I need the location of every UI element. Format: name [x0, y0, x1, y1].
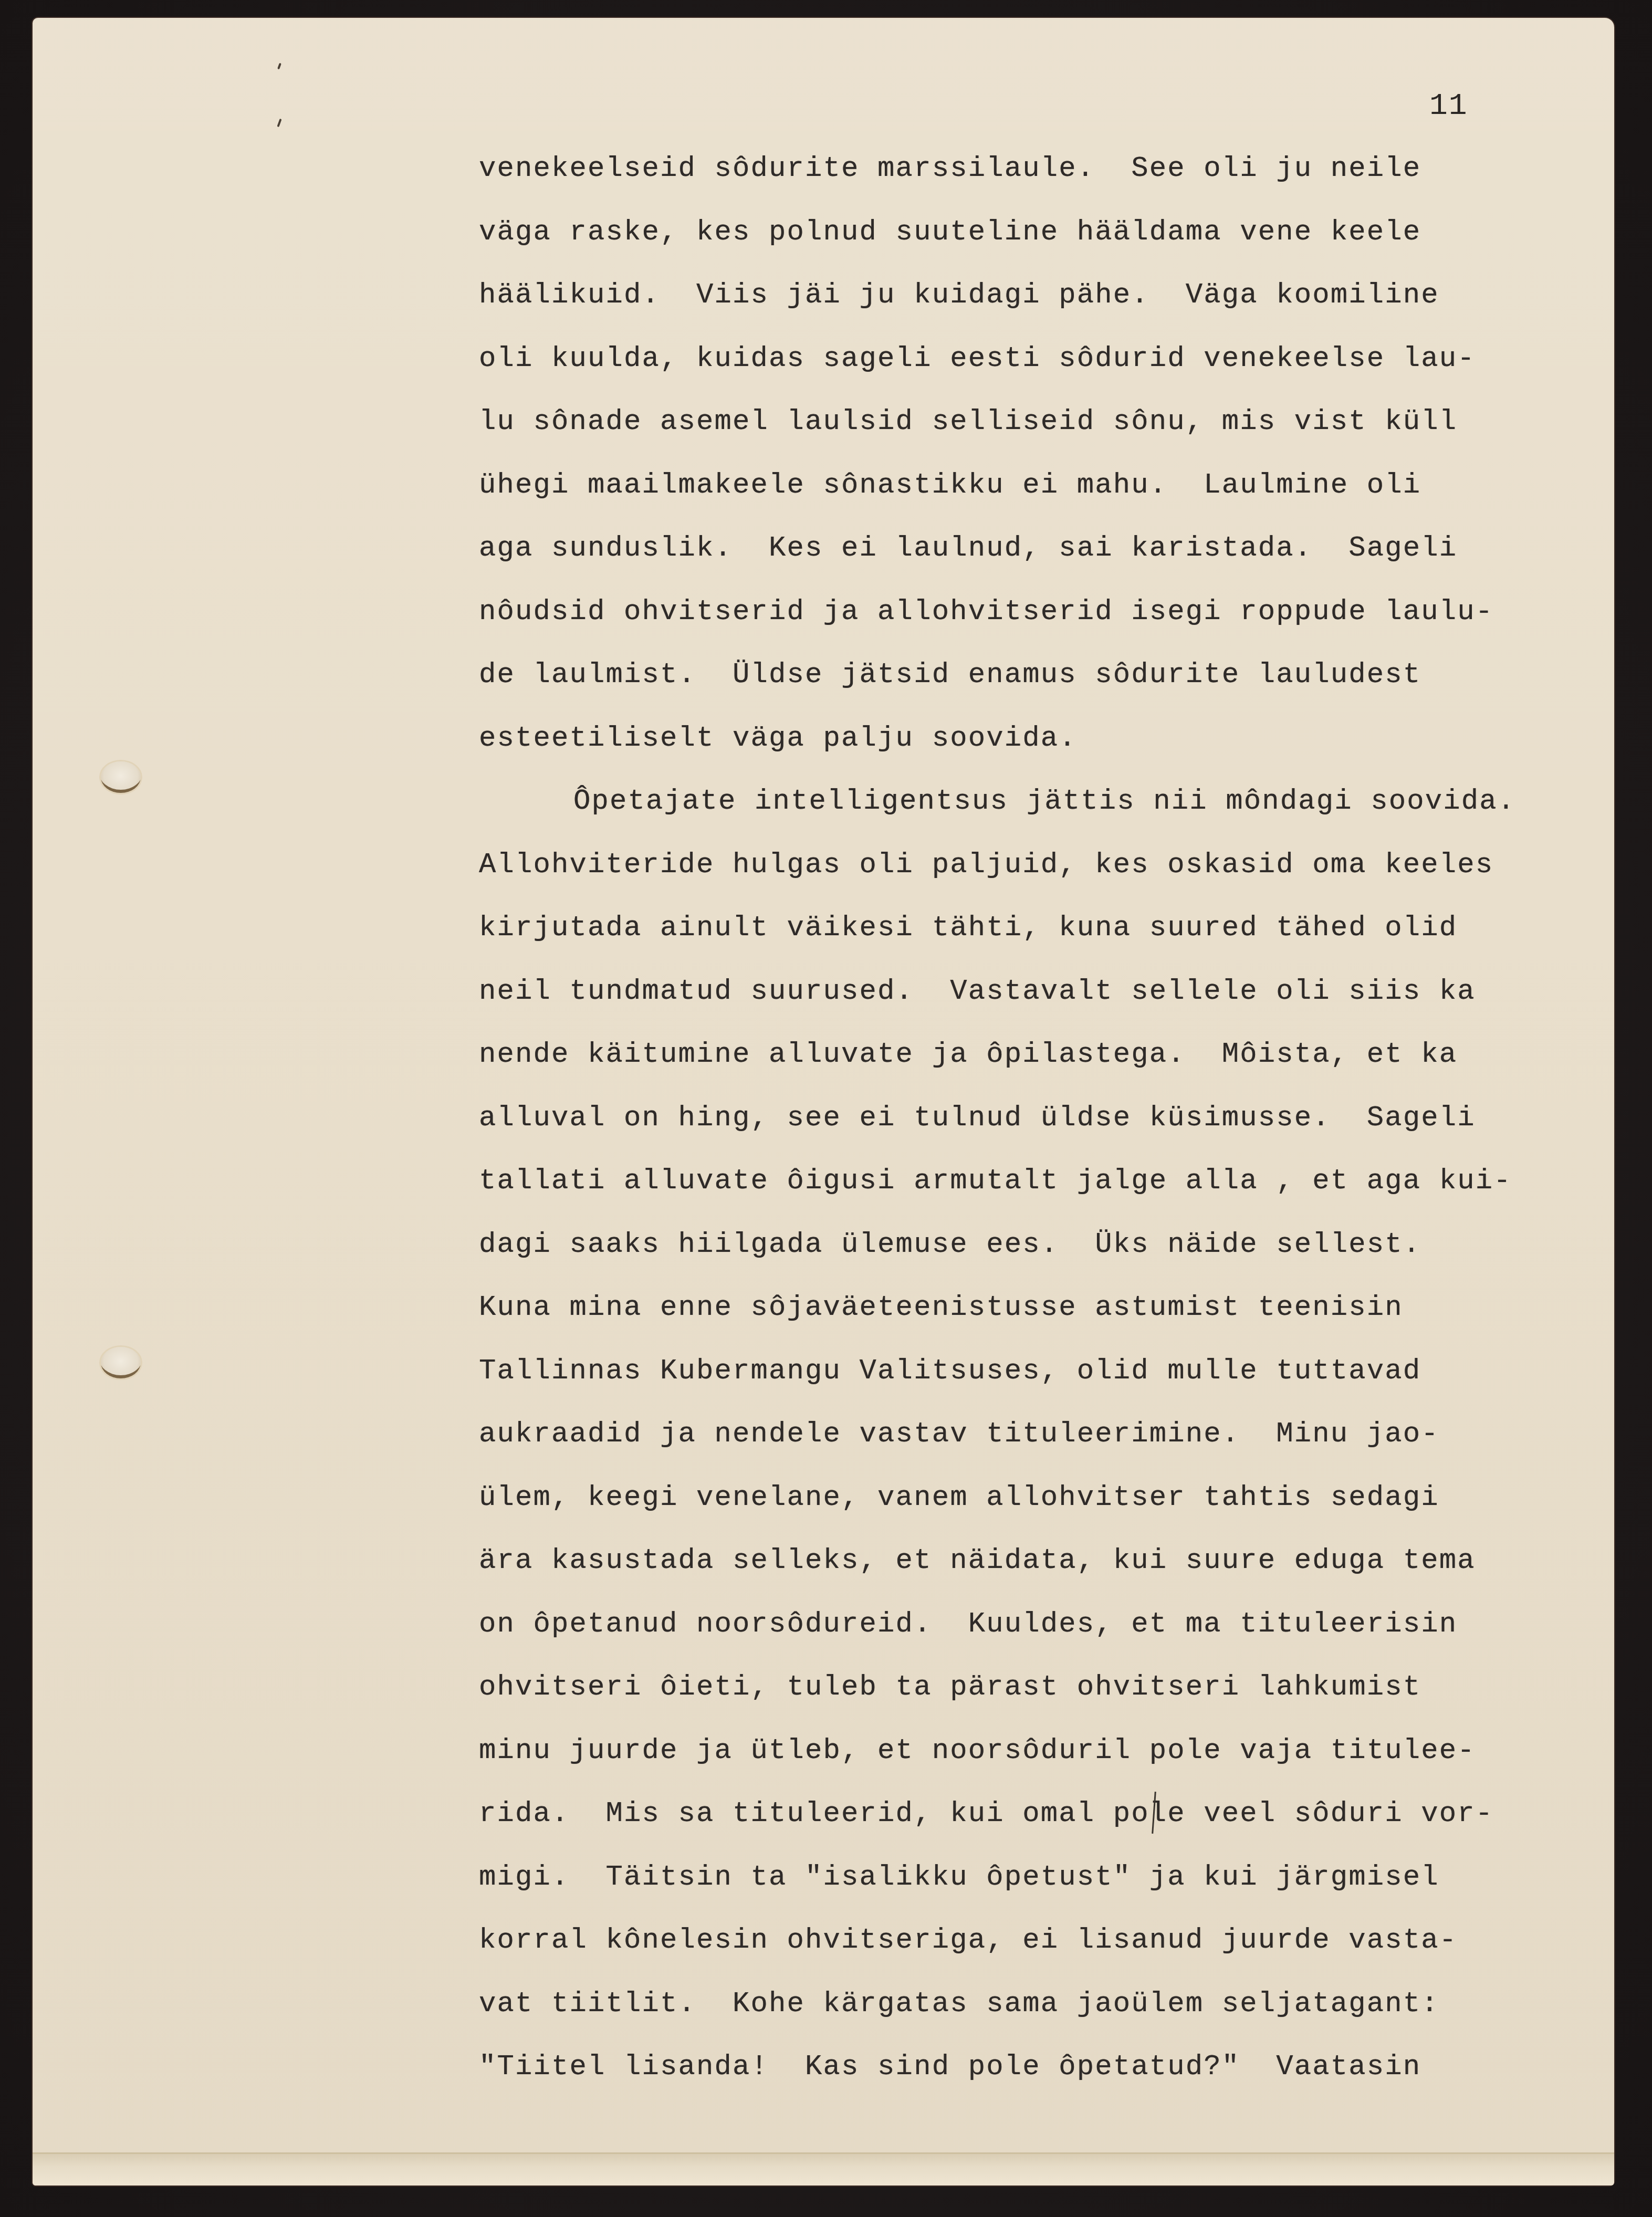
paragraph-start-line: Ôpetajate intelligentsus jättis nii mônd…: [479, 770, 1634, 834]
text-line: ära kasustada selleks, et näidata, kui s…: [479, 1530, 1634, 1593]
text-line: aga sunduslik. Kes ei laulnud, sai karis…: [479, 517, 1634, 581]
text-line: "Tiitel lisanda! Kas sind pole ôpetatud?…: [479, 2036, 1634, 2099]
text-line: venekeelseid sôdurite marssilaule. See o…: [479, 138, 1634, 201]
text-line: de laulmist. Üldse jätsid enamus sôdurit…: [479, 644, 1634, 707]
text-line: väga raske, kes polnud suuteline hääldam…: [479, 201, 1634, 265]
text-line: nôudsid ohvitserid ja allohvitserid iseg…: [479, 581, 1634, 644]
text-line: kirjutada ainult väikesi tähti, kuna suu…: [479, 897, 1634, 960]
text-line: alluval on hing, see ei tulnud üldse küs…: [479, 1087, 1634, 1151]
text-line: korral kônelesin ohvitseriga, ei lisanud…: [479, 1909, 1634, 1973]
text-line: ühegi maailmakeele sônastikku ei mahu. L…: [479, 454, 1634, 518]
text-line: lu sônade asemel laulsid selliseid sônu,…: [479, 391, 1634, 454]
page-number: 11: [1429, 89, 1468, 123]
text-line: esteetiliselt väga palju soovida.: [479, 707, 1634, 771]
text-line: on ôpetanud noorsôdureid. Kuuldes, et ma…: [479, 1593, 1634, 1657]
text-line: minu juurde ja ütleb, et noorsôduril pol…: [479, 1720, 1634, 1783]
text-line: dagi saaks hiilgada ülemuse ees. Üks näi…: [479, 1214, 1634, 1277]
text-line: nende käitumine alluvate ja ôpilastega. …: [479, 1023, 1634, 1087]
text-line: ohvitseri ôieti, tuleb ta pärast ohvitse…: [479, 1656, 1634, 1720]
text-line: rida. Mis sa tituleerid, kui omal pole v…: [479, 1783, 1634, 1846]
text-line: aukraadid ja nendele vastav tituleerimin…: [479, 1403, 1634, 1467]
text-line: ülem, keegi venelane, vanem allohvitser …: [479, 1467, 1634, 1530]
text-line: Kuna mina enne sôjaväeteenistusse astumi…: [479, 1277, 1634, 1340]
text-line: migi. Täitsin ta "isalikku ôpetust" ja k…: [479, 1846, 1634, 1910]
text-line: neil tundmatud suurused. Vastavalt selle…: [479, 960, 1634, 1024]
text-line: Tallinnas Kubermangu Valitsuses, olid mu…: [479, 1340, 1634, 1404]
page-bottom-edge-fold: [33, 2152, 1614, 2185]
text-line: Allohviteride hulgas oli paljuid, kes os…: [479, 834, 1634, 897]
punch-hole-lower: [101, 1347, 141, 1378]
text-line: häälikuid. Viis jäi ju kuidagi pähe. Väg…: [479, 264, 1634, 328]
text-line: tallati alluvate ôigusi armutalt jalge a…: [479, 1150, 1634, 1214]
text-line: oli kuulda, kuidas sageli eesti sôdurid …: [479, 328, 1634, 391]
body-text: venekeelseid sôdurite marssilaule. See o…: [479, 138, 1634, 2099]
punch-hole-upper: [101, 761, 141, 793]
text-line: vat tiitlit. Kohe kärgatas sama jaoülem …: [479, 1973, 1634, 2036]
